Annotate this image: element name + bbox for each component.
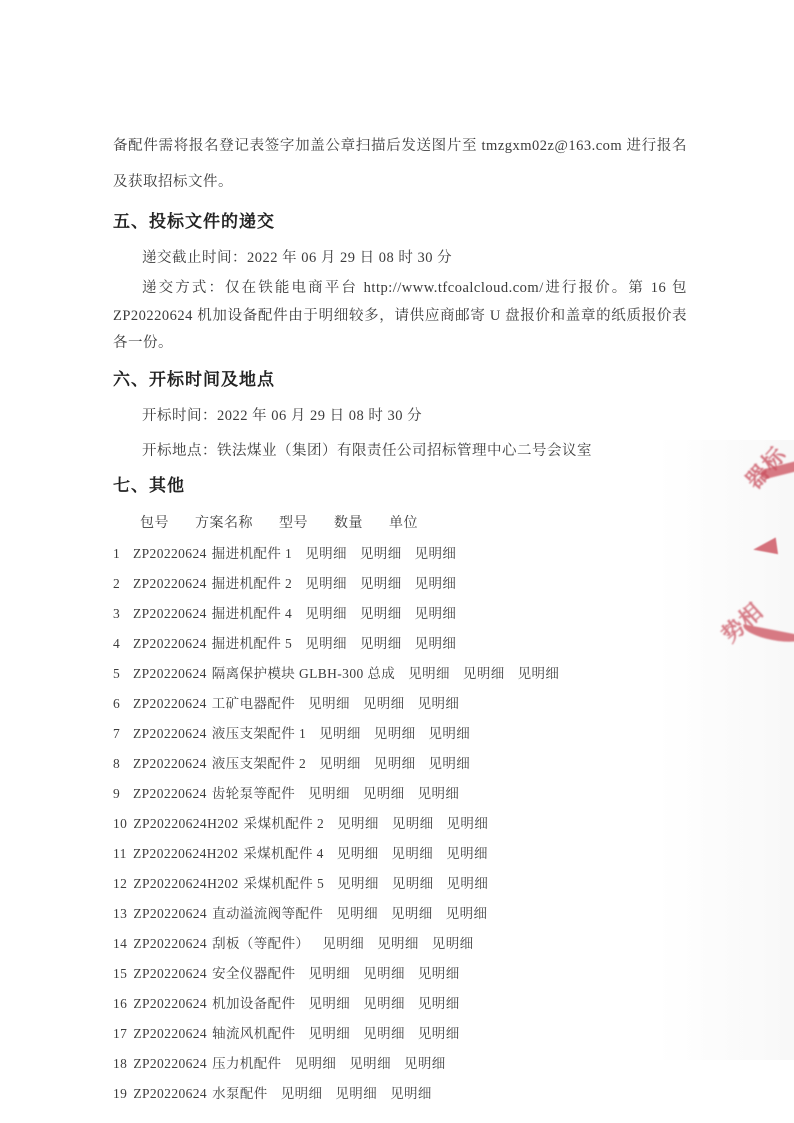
quantity-cell: 见明细 xyxy=(374,726,416,741)
seal-arc-bottom xyxy=(742,624,794,646)
row-number: 1 xyxy=(113,539,127,569)
quantity-cell: 见明细 xyxy=(392,816,434,831)
row-number: 9 xyxy=(113,779,127,809)
unit-cell: 见明细 xyxy=(446,846,488,861)
model-cell: 见明细 xyxy=(295,1056,337,1071)
column-header: 单位 xyxy=(389,512,418,532)
package-name: 隔离保护模块 GLBH-300 总成 xyxy=(212,666,395,681)
model-cell: 见明细 xyxy=(308,786,350,801)
model-cell: 见明细 xyxy=(319,726,361,741)
submission-deadline-line: 递交截止时间：2022 年 06 月 29 日 08 时 30 分 xyxy=(113,246,687,271)
row-number: 18 xyxy=(113,1049,127,1079)
package-code: ZP20220624 xyxy=(133,546,207,561)
package-name: 工矿电器配件 xyxy=(212,696,295,711)
model-cell: 见明细 xyxy=(308,696,350,711)
table-row: 14ZP20220624刮板（等配件）见明细见明细见明细 xyxy=(113,929,694,959)
package-name: 掘进机配件 1 xyxy=(212,546,292,561)
package-code: ZP20220624 xyxy=(133,606,207,621)
table-row: 7ZP20220624液压支架配件 1见明细见明细见明细 xyxy=(113,719,694,749)
quantity-cell: 见明细 xyxy=(463,666,505,681)
row-number: 17 xyxy=(113,1019,127,1049)
column-header: 型号 xyxy=(279,512,308,532)
section7-title: 七、其他 xyxy=(113,472,694,500)
package-code: ZP20220624 xyxy=(133,786,207,801)
table-row: 2ZP20220624掘进机配件 2见明细见明细见明细 xyxy=(113,569,694,599)
package-name: 安全仪器配件 xyxy=(212,966,295,981)
unit-cell: 见明细 xyxy=(404,1056,446,1071)
row-number: 13 xyxy=(113,899,127,929)
package-code: ZP20220624H202 xyxy=(133,816,238,831)
unit-cell: 见明细 xyxy=(447,816,489,831)
section6-title: 六、开标时间及地点 xyxy=(113,366,694,394)
package-list: 1ZP20220624掘进机配件 1见明细见明细见明细2ZP20220624掘进… xyxy=(113,539,694,1109)
model-cell: 见明细 xyxy=(308,1026,350,1041)
row-number: 3 xyxy=(113,599,127,629)
row-number: 8 xyxy=(113,749,127,779)
unit-cell: 见明细 xyxy=(415,576,457,591)
quantity-cell: 见明细 xyxy=(392,846,434,861)
row-number: 4 xyxy=(113,629,127,659)
unit-cell: 见明细 xyxy=(418,786,460,801)
opening-time-line: 开标时间：2022 年 06 月 29 日 08 时 30 分 xyxy=(113,404,687,429)
table-row: 3ZP20220624掘进机配件 4见明细见明细见明细 xyxy=(113,599,694,629)
table-row: 13ZP20220624直动溢流阀等配件见明细见明细见明细 xyxy=(113,899,694,929)
model-cell: 见明细 xyxy=(308,966,350,981)
table-row: 10ZP20220624H202采煤机配件 2见明细见明细见明细 xyxy=(113,809,694,839)
package-name: 液压支架配件 2 xyxy=(212,756,306,771)
unit-cell: 见明细 xyxy=(390,1086,432,1101)
package-name: 液压支架配件 1 xyxy=(212,726,306,741)
table-row: 5ZP20220624隔离保护模块 GLBH-300 总成见明细见明细见明细 xyxy=(113,659,694,689)
model-cell: 见明细 xyxy=(319,756,361,771)
model-cell: 见明细 xyxy=(305,636,347,651)
unit-cell: 见明细 xyxy=(418,696,460,711)
row-number: 16 xyxy=(113,989,127,1019)
package-code: ZP20220624 xyxy=(133,966,207,981)
quantity-cell: 见明细 xyxy=(363,996,405,1011)
package-code: ZP20220624 xyxy=(133,636,207,651)
table-row: 8ZP20220624液压支架配件 2见明细见明细见明细 xyxy=(113,749,694,779)
package-name: 刮板（等配件） xyxy=(212,936,309,951)
table-row: 1ZP20220624掘进机配件 1见明细见明细见明细 xyxy=(113,539,694,569)
row-number: 11 xyxy=(113,839,127,869)
table-row: 18ZP20220624压力机配件见明细见明细见明细 xyxy=(113,1049,694,1079)
package-name: 掘进机配件 4 xyxy=(212,606,292,621)
package-code: ZP20220624 xyxy=(133,906,207,921)
column-header: 数量 xyxy=(334,512,363,532)
row-number: 19 xyxy=(113,1079,127,1109)
quantity-cell: 见明细 xyxy=(392,876,434,891)
package-name: 轴流风机配件 xyxy=(212,1026,295,1041)
unit-cell: 见明细 xyxy=(418,996,460,1011)
unit-cell: 见明细 xyxy=(418,1026,460,1041)
column-header: 包号 xyxy=(140,512,169,532)
quantity-cell: 见明细 xyxy=(360,636,402,651)
quantity-cell: 见明细 xyxy=(363,966,405,981)
model-cell: 见明细 xyxy=(305,606,347,621)
model-cell: 见明细 xyxy=(281,1086,323,1101)
row-number: 12 xyxy=(113,869,127,899)
package-code: ZP20220624 xyxy=(133,696,207,711)
package-code: ZP20220624 xyxy=(133,756,207,771)
table-row: 9ZP20220624齿轮泵等配件见明细见明细见明细 xyxy=(113,779,694,809)
section5-title: 五、投标文件的递交 xyxy=(113,208,694,236)
package-name: 掘进机配件 5 xyxy=(212,636,292,651)
package-code: ZP20220624H202 xyxy=(133,846,238,861)
column-header: 方案名称 xyxy=(195,512,253,532)
package-code: ZP20220624 xyxy=(133,666,207,681)
row-number: 5 xyxy=(113,659,127,689)
model-cell: 见明细 xyxy=(337,846,379,861)
table-header: 包号方案名称型号数量单位 xyxy=(113,512,694,532)
package-name: 压力机配件 xyxy=(212,1056,282,1071)
row-number: 7 xyxy=(113,719,127,749)
model-cell: 见明细 xyxy=(305,546,347,561)
quantity-cell: 见明细 xyxy=(363,1026,405,1041)
table-row: 15ZP20220624安全仪器配件见明细见明细见明细 xyxy=(113,959,694,989)
package-code: ZP20220624 xyxy=(133,936,207,951)
quantity-cell: 见明细 xyxy=(391,906,433,921)
model-cell: 见明细 xyxy=(337,876,379,891)
quantity-cell: 见明细 xyxy=(377,936,419,951)
package-code: ZP20220624H202 xyxy=(133,876,238,891)
document-page: 备配件需将报名登记表签字加盖公章扫描后发送图片至 tmzgxm02z@163.c… xyxy=(0,0,794,1123)
table-row: 12ZP20220624H202采煤机配件 5见明细见明细见明细 xyxy=(113,869,694,899)
model-cell: 见明细 xyxy=(322,936,364,951)
seal-arc-top xyxy=(760,456,794,480)
seal-star-icon xyxy=(752,537,778,557)
row-number: 2 xyxy=(113,569,127,599)
row-number: 15 xyxy=(113,959,127,989)
row-number: 10 xyxy=(113,809,127,839)
package-code: ZP20220624 xyxy=(133,1086,207,1101)
package-name: 直动溢流阀等配件 xyxy=(212,906,323,921)
unit-cell: 见明细 xyxy=(429,726,471,741)
model-cell: 见明细 xyxy=(308,996,350,1011)
seal-text-fragment-bottom: 势相 xyxy=(714,572,794,649)
model-cell: 见明细 xyxy=(305,576,347,591)
seal-text-fragment-top: 器标 xyxy=(738,422,794,495)
quantity-cell: 见明细 xyxy=(360,576,402,591)
model-cell: 见明细 xyxy=(336,906,378,921)
quantity-cell: 见明细 xyxy=(363,786,405,801)
unit-cell: 见明细 xyxy=(446,906,488,921)
quantity-cell: 见明细 xyxy=(374,756,416,771)
package-name: 掘进机配件 2 xyxy=(212,576,292,591)
unit-cell: 见明细 xyxy=(432,936,474,951)
package-name: 采煤机配件 4 xyxy=(243,846,323,861)
opening-place-line: 开标地点：铁法煤业（集团）有限责任公司招标管理中心二号会议室 xyxy=(113,439,687,464)
package-name: 采煤机配件 5 xyxy=(244,876,324,891)
unit-cell: 见明细 xyxy=(415,606,457,621)
row-number: 14 xyxy=(113,929,127,959)
unit-cell: 见明细 xyxy=(418,966,460,981)
intro-paragraph: 备配件需将报名登记表签字加盖公章扫描后发送图片至 tmzgxm02z@163.c… xyxy=(113,128,687,200)
package-code: ZP20220624 xyxy=(133,1026,207,1041)
unit-cell: 见明细 xyxy=(415,546,457,561)
table-row: 19ZP20220624水泵配件见明细见明细见明细 xyxy=(113,1079,694,1109)
quantity-cell: 见明细 xyxy=(363,696,405,711)
table-row: 4ZP20220624掘进机配件 5见明细见明细见明细 xyxy=(113,629,694,659)
model-cell: 见明细 xyxy=(408,666,450,681)
table-row: 11ZP20220624H202采煤机配件 4见明细见明细见明细 xyxy=(113,839,694,869)
unit-cell: 见明细 xyxy=(415,636,457,651)
unit-cell: 见明细 xyxy=(518,666,560,681)
quantity-cell: 见明细 xyxy=(335,1086,377,1101)
package-name: 水泵配件 xyxy=(212,1086,268,1101)
package-code: ZP20220624 xyxy=(133,726,207,741)
package-code: ZP20220624 xyxy=(133,1056,207,1071)
package-name: 采煤机配件 2 xyxy=(244,816,324,831)
package-code: ZP20220624 xyxy=(133,996,207,1011)
quantity-cell: 见明细 xyxy=(360,546,402,561)
unit-cell: 见明细 xyxy=(447,876,489,891)
model-cell: 见明细 xyxy=(337,816,379,831)
row-number: 6 xyxy=(113,689,127,719)
table-row: 16ZP20220624机加设备配件见明细见明细见明细 xyxy=(113,989,694,1019)
package-name: 机加设备配件 xyxy=(212,996,295,1011)
submission-method-line: 递交方式：仅在铁能电商平台 http://www.tfcoalcloud.com… xyxy=(113,275,687,358)
quantity-cell: 见明细 xyxy=(360,606,402,621)
table-row: 6ZP20220624工矿电器配件见明细见明细见明细 xyxy=(113,689,694,719)
quantity-cell: 见明细 xyxy=(349,1056,391,1071)
package-code: ZP20220624 xyxy=(133,576,207,591)
package-name: 齿轮泵等配件 xyxy=(212,786,295,801)
unit-cell: 见明细 xyxy=(429,756,471,771)
table-row: 17ZP20220624轴流风机配件见明细见明细见明细 xyxy=(113,1019,694,1049)
